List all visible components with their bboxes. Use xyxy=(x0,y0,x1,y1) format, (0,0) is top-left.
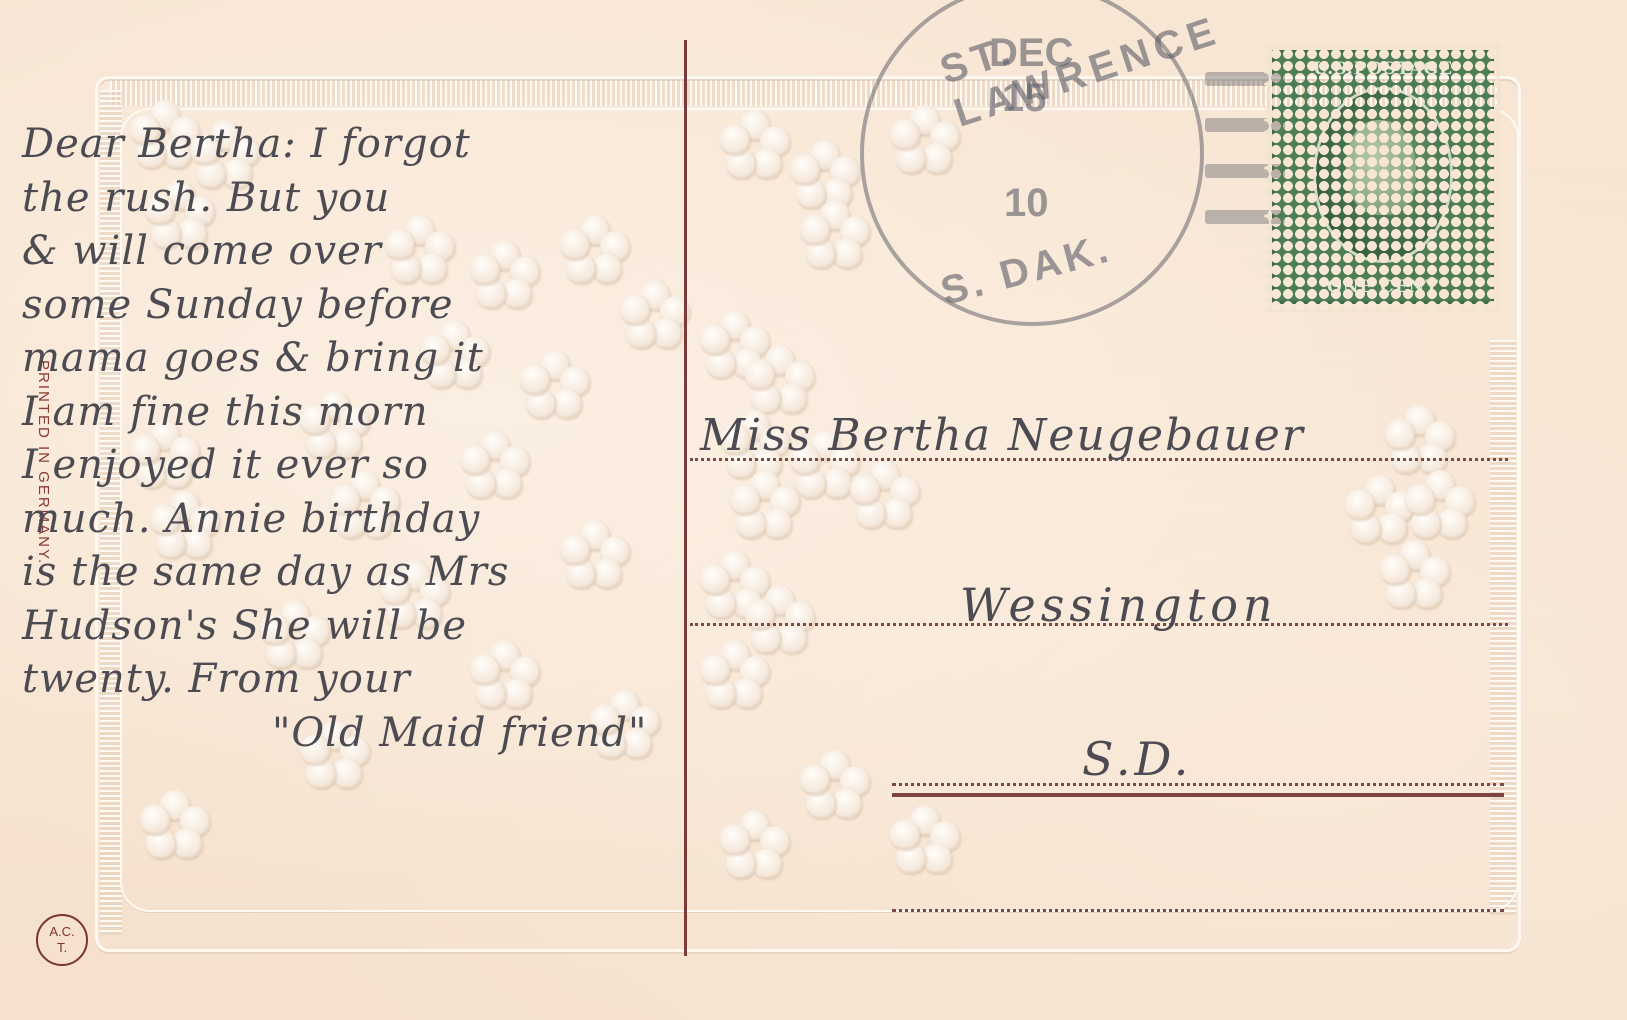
embossed-flower-icon xyxy=(720,810,790,880)
message-line: mama goes & bring it xyxy=(22,332,722,386)
message-line: I am fine this morn xyxy=(22,386,722,440)
postage-stamp: U.S.POSTAGE ONE CENT xyxy=(1264,42,1502,312)
postmark-month: DEC xyxy=(989,31,1073,76)
stamp-bottom-text: ONE CENT xyxy=(1275,277,1491,297)
embossed-flower-icon xyxy=(800,200,870,270)
stamp-top-text: U.S.POSTAGE xyxy=(1275,59,1491,79)
message-line: much. Annie birthday xyxy=(22,493,722,547)
message-line: Dear Bertha: I forgot xyxy=(22,118,722,172)
postmark-day: 15 xyxy=(1002,76,1047,121)
publisher-logo-line2: T. xyxy=(57,940,67,956)
embossed-flower-icon xyxy=(1380,540,1450,610)
address-line-3 xyxy=(892,783,1504,786)
address-line-4 xyxy=(892,909,1504,912)
franklin-portrait-icon xyxy=(1313,87,1453,263)
embossed-flower-icon xyxy=(730,470,800,540)
handwritten-message: Dear Bertha: I forgot the rush. But you … xyxy=(22,118,722,760)
embossed-flower-icon xyxy=(140,790,210,860)
embossed-flower-icon xyxy=(1385,405,1455,475)
address-underline xyxy=(892,793,1504,797)
stamp-engraving: U.S.POSTAGE ONE CENT xyxy=(1272,50,1494,304)
message-line: is the same day as Mrs xyxy=(22,546,722,600)
message-line: twenty. From your xyxy=(22,653,722,707)
embossed-flower-icon xyxy=(800,750,870,820)
message-line: I enjoyed it ever so xyxy=(22,439,722,493)
publisher-logo: A.C. T. xyxy=(36,914,88,966)
message-line: some Sunday before xyxy=(22,279,722,333)
embossed-flower-icon xyxy=(720,110,790,180)
postmark-year: 10 xyxy=(1004,181,1049,226)
embossed-flower-icon xyxy=(850,460,920,530)
message-line: the rush. But you xyxy=(22,172,722,226)
portrait-head xyxy=(1346,120,1416,215)
postmark-state: S. DAK. xyxy=(936,226,1116,315)
postcard-back: PRINTED IN GERMANY. A.C. T. Dear Bertha:… xyxy=(0,0,1627,1020)
embossed-flower-icon xyxy=(1405,470,1475,540)
postmark-town: ST. LAWRENCE xyxy=(935,0,1226,137)
recipient-city: Wessington xyxy=(960,578,1278,632)
message-line: & will come over xyxy=(22,225,722,279)
publisher-logo-line1: A.C. xyxy=(49,924,74,940)
embossed-flower-icon xyxy=(890,805,960,875)
recipient-state: S.D. xyxy=(1082,732,1192,786)
embossed-flower-icon xyxy=(745,345,815,415)
message-signature: "Old Maid friend" xyxy=(22,707,722,761)
message-line: Hudson's She will be xyxy=(22,600,722,654)
recipient-name: Miss Bertha Neugebauer xyxy=(700,410,1305,461)
